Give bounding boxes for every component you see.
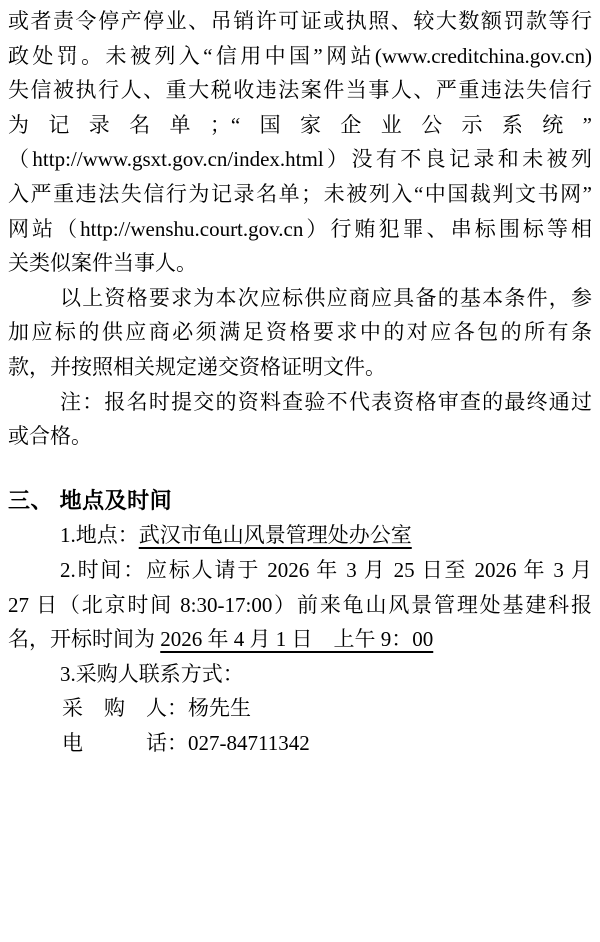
contact-phone-line: 电 话：027-84711342 bbox=[8, 726, 592, 761]
location-label: 1.地点： bbox=[60, 523, 139, 547]
time-last-line: 名，开标时间为 2026 年 4 月 1 日 上午 9：00 bbox=[8, 622, 592, 657]
contact-intro-line: 3.采购人联系方式： bbox=[8, 657, 592, 692]
section-heading: 三、 地点及时间 bbox=[8, 484, 592, 519]
time-paragraph: 2.时间：应标人请于 2026 年 3 月 25 日至 2026 年 3 月 2… bbox=[8, 553, 592, 657]
text-line: 或者责令停产停业、吊销许可证或执照、较大数额罚款等行 bbox=[8, 4, 592, 39]
location-line: 1.地点：武汉市龟山风景管理处办公室 bbox=[8, 518, 592, 553]
paragraph-basic-conditions: 以上资格要求为本次应标供应商应具备的基本条件，参 加应标的供应商必须满足资格要求… bbox=[8, 281, 592, 385]
bid-opening-time-value: 2026 年 4 月 1 日 上午 9：00 bbox=[160, 627, 433, 651]
text-line: 款，并按照相关规定递交资格证明文件。 bbox=[8, 350, 592, 385]
text-line: （http://www.gsxt.gov.cn/index.html）没有不良记… bbox=[8, 142, 592, 177]
text-line: 加应标的供应商必须满足资格要求中的对应各包的所有条 bbox=[8, 315, 592, 350]
text-line: 注：报名时提交的资料查验不代表资格审查的最终通过 bbox=[8, 385, 592, 420]
contact-phone-value: 027-84711342 bbox=[188, 731, 310, 755]
paragraph-credit-requirements: 或者责令停产停业、吊销许可证或执照、较大数额罚款等行 政处罚。未被列入“信用中国… bbox=[8, 4, 592, 281]
contact-person-line: 采 购 人：杨先生 bbox=[8, 691, 592, 726]
document-page: 或者责令停产停业、吊销许可证或执照、较大数额罚款等行 政处罚。未被列入“信用中国… bbox=[0, 0, 600, 942]
text-line: 2.时间：应标人请于 2026 年 3 月 25 日至 2026 年 3 月 bbox=[8, 553, 592, 588]
contact-person-value: 杨先生 bbox=[188, 696, 251, 720]
text-line: 或合格。 bbox=[8, 419, 592, 454]
text-line: 关类似案件当事人。 bbox=[8, 246, 592, 281]
text-line: 入严重违法失信行为记录名单；未被列入“中国裁判文书网” bbox=[8, 177, 592, 212]
text-line: 网站（http://wenshu.court.gov.cn）行贿犯罪、串标围标等… bbox=[8, 212, 592, 247]
contact-person-label: 采 购 人： bbox=[62, 696, 188, 720]
contact-phone-label: 电 话： bbox=[62, 731, 188, 755]
location-value: 武汉市龟山风景管理处办公室 bbox=[139, 523, 412, 547]
text-line: 为记录名单；“国家企业公示系统” bbox=[8, 108, 592, 143]
text-line: 失信被执行人、重大税收违法案件当事人、严重违法失信行 bbox=[8, 73, 592, 108]
text-line: 以上资格要求为本次应标供应商应具备的基本条件，参 bbox=[8, 281, 592, 316]
text-line: 27 日（北京时间 8:30-17:00）前来龟山风景管理处基建科报 bbox=[8, 588, 592, 623]
time-last-prefix: 名，开标时间为 bbox=[8, 627, 160, 651]
paragraph-note: 注：报名时提交的资料查验不代表资格审查的最终通过 或合格。 bbox=[8, 385, 592, 454]
text-line: 政处罚。未被列入“信用中国”网站(www.creditchina.gov.cn) bbox=[8, 39, 592, 74]
